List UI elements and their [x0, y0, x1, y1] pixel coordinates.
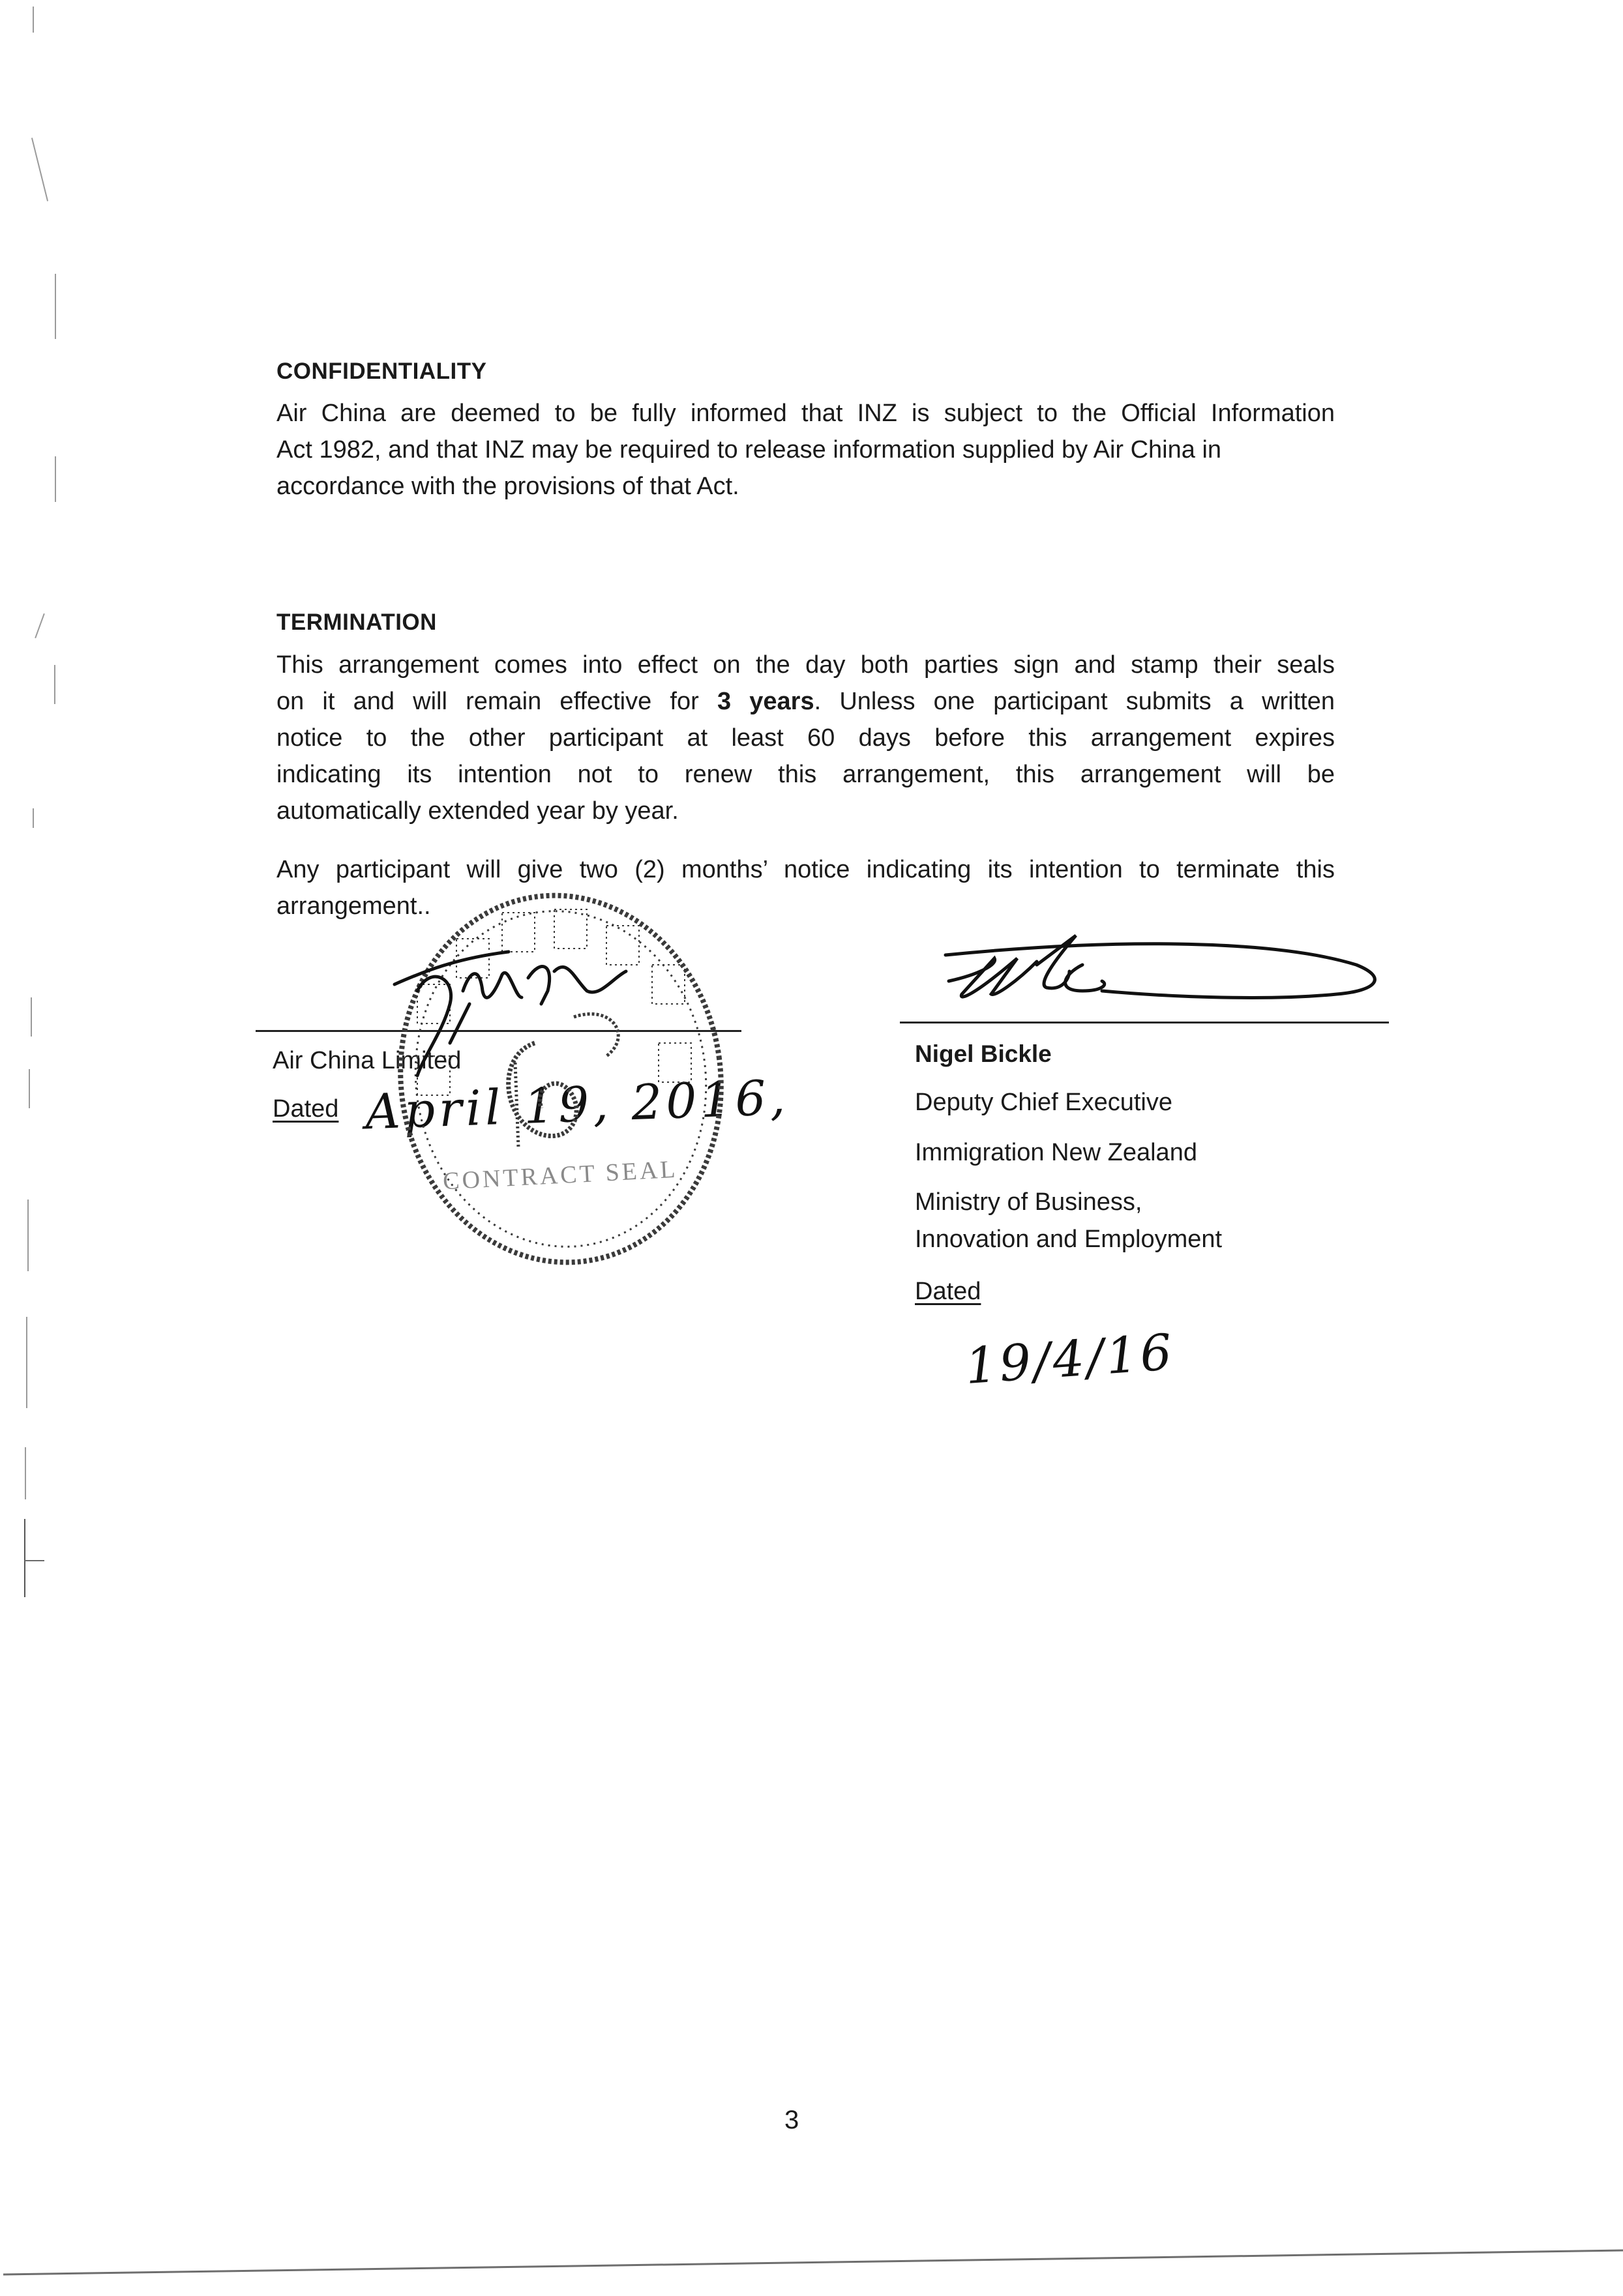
text-run: on it and will remain effective for [276, 688, 717, 715]
paragraph-line: on it and will remain effective for 3 ye… [276, 683, 1335, 720]
scan-margin-tick [25, 1560, 44, 1561]
paragraph-line: Act 1982, and that INZ may be required t… [276, 432, 1335, 468]
paragraph-line: accordance with the provisions of that A… [276, 468, 1335, 505]
scan-margin-mark [33, 7, 34, 33]
paragraph-line: Any participant will give two (2) months… [276, 851, 1335, 888]
paragraph-line: This arrangement comes into effect on th… [276, 647, 1335, 683]
termination-notice-paragraph: Any participant will give two (2) months… [276, 851, 1335, 924]
scan-margin-mark [35, 613, 45, 638]
paragraph-line: arrangement.. [276, 888, 1335, 924]
duration-emphasis: 3 years [717, 688, 814, 715]
air-china-signature-line [256, 1030, 741, 1032]
paragraph-line: Air China are deemed to be fully informe… [276, 395, 1335, 432]
termination-paragraph: This arrangement comes into effect on th… [276, 647, 1335, 829]
paragraph-line: automatically extended year by year. [276, 793, 1335, 829]
scan-margin-mark [54, 665, 55, 704]
scan-margin-mark [29, 1069, 30, 1108]
paragraph-line: notice to the other participant at least… [276, 720, 1335, 756]
seal-caption: CONTRACT SEAL [442, 1156, 678, 1196]
air-china-organisation: Air China Limited [273, 1047, 461, 1075]
signatory-title: Deputy Chief Executive [915, 1089, 1172, 1117]
scan-margin-mark [27, 1200, 29, 1271]
scan-margin-mark [55, 274, 56, 339]
signatory-name: Nigel Bickle [915, 1040, 1052, 1068]
scan-margin-mark [55, 456, 56, 502]
air-china-handwritten-date: April 19, 2016, [365, 1070, 790, 1141]
inz-signature-line [900, 1022, 1389, 1023]
signatory-ministry-line1: Ministry of Business, [915, 1188, 1142, 1216]
inz-dated-label: Dated [915, 1278, 981, 1306]
scan-margin-mark [24, 1519, 25, 1597]
text-run: . Unless one participant submits a writt… [814, 688, 1335, 715]
scan-margin-mark [26, 1317, 27, 1408]
inz-handwritten-date: 19/4/16 [963, 1323, 1176, 1395]
scan-margin-mark [31, 138, 48, 201]
scan-margin-mark [25, 1447, 26, 1499]
nigel-bickle-signature-icon [946, 935, 1375, 997]
signatory-ministry-line2: Innovation and Employment [915, 1226, 1222, 1254]
paragraph-line: indicating its intention not to renew th… [276, 756, 1335, 793]
document-page: CONFIDENTIALITY Air China are deemed to … [0, 0, 1623, 2296]
confidentiality-heading: CONFIDENTIALITY [276, 359, 486, 385]
scan-margin-mark [31, 997, 32, 1037]
scan-margin-mark [33, 808, 34, 828]
page-number: 3 [784, 2106, 799, 2135]
confidentiality-paragraph: Air China are deemed to be fully informe… [276, 395, 1335, 505]
scan-edge-line [3, 2250, 1623, 2274]
air-china-dated-label: Dated [273, 1095, 338, 1123]
graphics-overlay: CONTRACT SEAL [0, 0, 1623, 2296]
termination-heading: TERMINATION [276, 610, 437, 636]
signatory-agency: Immigration New Zealand [915, 1139, 1197, 1167]
